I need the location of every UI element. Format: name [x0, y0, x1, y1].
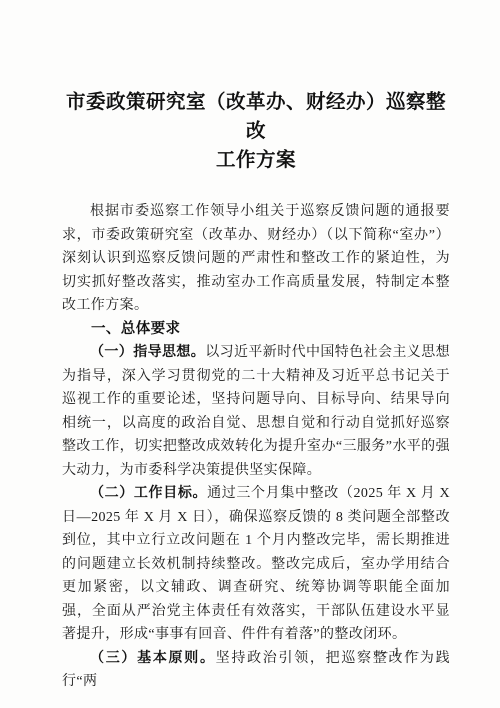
paragraph-guiding-ideology: （一）指导思想。以习近平新时代中国特色社会主义思想为指导，深入学习贯彻党的二十大… — [62, 341, 450, 482]
subsection-text-guiding-ideology: 以习近平新时代中国特色社会主义思想为指导，深入学习贯彻党的二十大精神及习近平总书… — [62, 345, 450, 478]
intro-paragraph: 根据市委巡察工作领导小组关于巡察反馈问题的通报要求，市委政策研究室（改革办、财经… — [62, 200, 450, 318]
paragraph-work-goals: （二）工作目标。通过三个月集中整改（2025 年 X 月 X 日—2025 年 … — [62, 482, 450, 647]
document-title-line-1: 市委政策研究室（改革办、财经办）巡察整改 — [62, 88, 450, 146]
section-heading-overall-requirements: 一、总体要求 — [62, 318, 450, 342]
document-title-line-2: 工作方案 — [62, 146, 450, 175]
document-content: 市委政策研究室（改革办、财经办）巡察整改 工作方案 根据市委巡察工作领导小组关于… — [62, 88, 450, 694]
page-number: — 1 — — [375, 645, 420, 660]
subsection-lead-guiding-ideology: （一）指导思想。 — [90, 345, 205, 360]
subsection-lead-work-goals: （二）工作目标。 — [90, 486, 207, 501]
document-title: 市委政策研究室（改革办、财经办）巡察整改 工作方案 — [62, 88, 450, 175]
subsection-text-work-goals: 通过三个月集中整改（2025 年 X 月 X 日—2025 年 X 月 X 日）… — [62, 486, 450, 642]
subsection-lead-basic-principles: （三）基本原则。 — [90, 651, 216, 666]
document-page: 市委政策研究室（改革办、财经办）巡察整改 工作方案 根据市委巡察工作领导小组关于… — [0, 0, 500, 708]
